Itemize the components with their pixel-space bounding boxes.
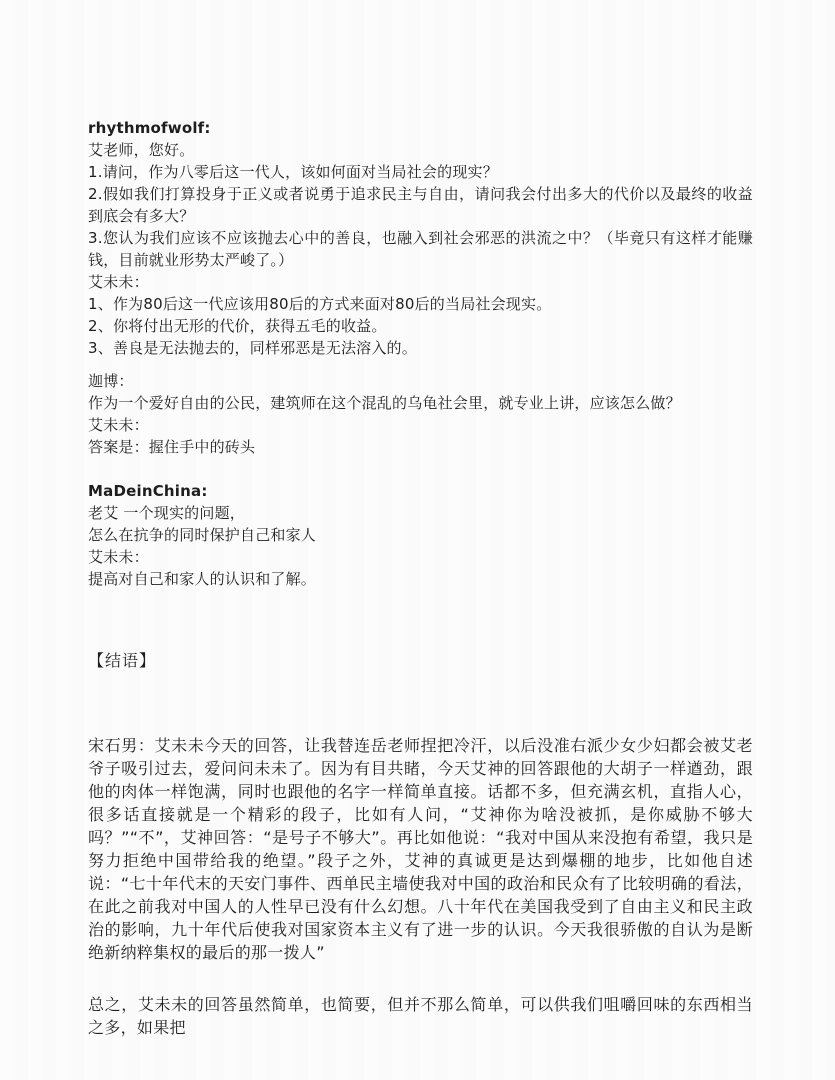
qa-section-rhythmofwolf: rhythmofwolf: 艾老师，您好。 1.请问，作为八零后这一代人，该如何… bbox=[88, 117, 753, 359]
qa-section-jiabo: 迦博： 作为一个爱好自由的公民，建筑师在这个混乱的乌龟社会里，就专业上讲，应该怎… bbox=[88, 370, 753, 458]
question-line: 1.请问，作为八零后这一代人，该如何面对当局社会的现实？ bbox=[88, 161, 753, 183]
speaker-label: MaDeinChina: bbox=[88, 480, 753, 502]
closing-heading: 【结语】 bbox=[88, 650, 753, 672]
answer-label: 艾未未： bbox=[88, 271, 753, 293]
question-line: 艾老师，您好。 bbox=[88, 139, 753, 161]
question-line: 怎么在抗争的同时保护自己和家人 bbox=[88, 524, 753, 546]
speaker-label: rhythmofwolf: bbox=[88, 117, 753, 139]
qa-section-madeinchina: MaDeinChina: 老艾 一个现实的问题， 怎么在抗争的同时保护自己和家人… bbox=[88, 480, 753, 590]
question-line: 2.假如我们打算投身于正义或者说勇于追求民主与自由，请问我会付出多大的代价以及最… bbox=[88, 183, 753, 227]
closing-paragraph: 宋石男：艾未未今天的回答，让我替连岳老师捏把冷汗，以后没准右派少女少妇都会被艾老… bbox=[88, 734, 753, 964]
speaker-label: 迦博： bbox=[88, 370, 753, 392]
answer-label: 艾未未： bbox=[88, 414, 753, 436]
answer-label: 艾未未： bbox=[88, 546, 753, 568]
answer-line: 提高对自己和家人的认识和了解。 bbox=[88, 568, 753, 590]
answer-line: 1、作为80后这一代应该用80后的方式来面对80后的当局社会现实。 bbox=[88, 293, 753, 315]
document-content: rhythmofwolf: 艾老师，您好。 1.请问，作为八零后这一代人，该如何… bbox=[88, 117, 753, 1039]
final-paragraph: 总之，艾未未的回答虽然简单，也简要，但并不那么简单，可以供我们咀嚼回味的东西相当… bbox=[88, 993, 753, 1039]
question-line: 老艾 一个现实的问题， bbox=[88, 502, 753, 524]
answer-line: 2、你将付出无形的代价，获得五毛的收益。 bbox=[88, 315, 753, 337]
question-line: 作为一个爱好自由的公民，建筑师在这个混乱的乌龟社会里，就专业上讲，应该怎么做？ bbox=[88, 392, 753, 414]
answer-line: 答案是：握住手中的砖头 bbox=[88, 436, 753, 458]
answer-line: 3、善良是无法抛去的，同样邪恶是无法溶入的。 bbox=[88, 337, 753, 359]
document-page: rhythmofwolf: 艾老师，您好。 1.请问，作为八零后这一代人，该如何… bbox=[0, 0, 835, 1080]
question-line: 3.您认为我们应该不应该抛去心中的善良，也融入到社会邪恶的洪流之中？（毕竟只有这… bbox=[88, 227, 753, 271]
